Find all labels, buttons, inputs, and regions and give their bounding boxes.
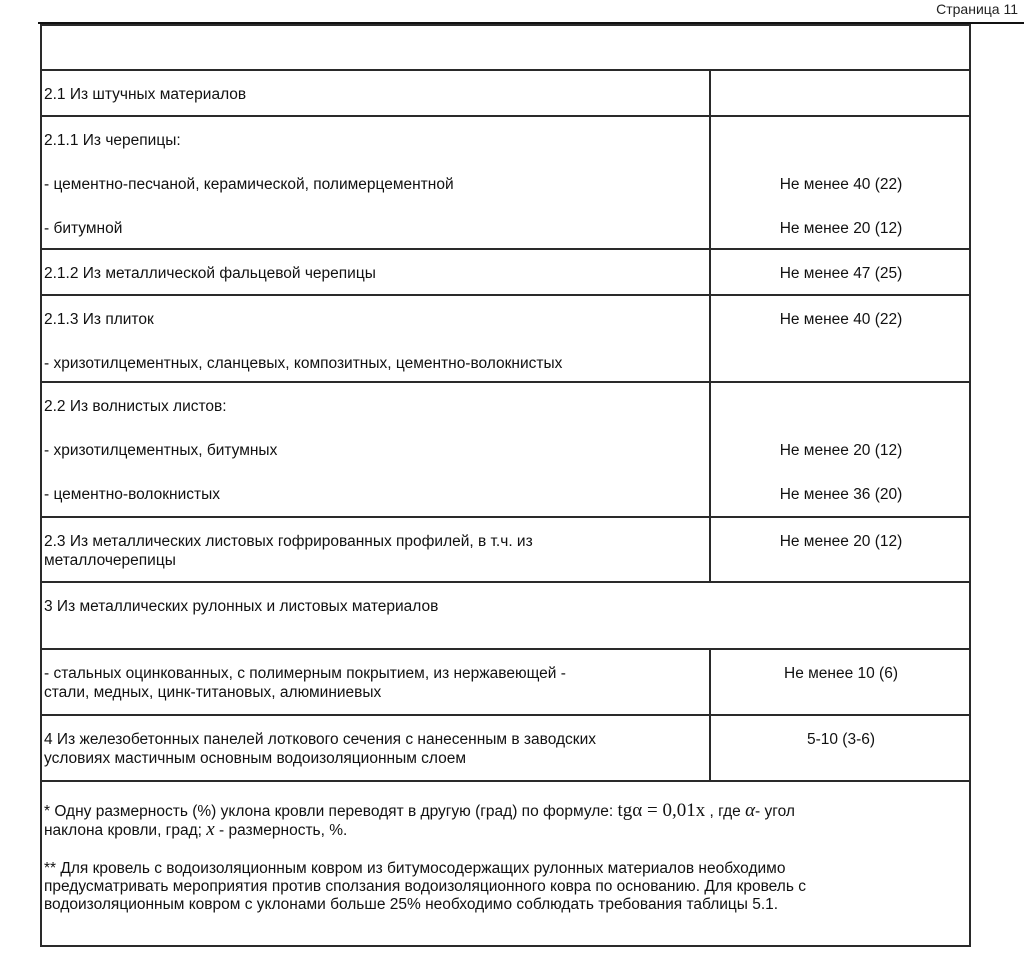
row-text: - битумной [44, 219, 709, 238]
alpha-symbol: α [745, 800, 755, 821]
footnote-2: ** Для кровель с водоизоляционным ковром… [44, 860, 969, 914]
footnote-1: * Одну размерность (%) уклона кровли пер… [44, 802, 969, 840]
notes-cell: * Одну размерность (%) уклона кровли пер… [41, 781, 970, 946]
material-cell: 2.1.2 Из металлической фальцевой черепиц… [41, 249, 710, 295]
table-row: 2.3 Из металлических листовых гофрирован… [41, 517, 970, 582]
table-row: 2.1.3 Из плиток - хризотилцементных, сла… [41, 295, 970, 382]
material-cell: 2.1.1 Из черепицы: - цементно-песчаной, … [41, 116, 710, 249]
row-text: - хризотилцементных, сланцевых, композит… [44, 354, 709, 373]
material-cell: 4 Из железобетонных панелей лоткового се… [41, 715, 710, 781]
slope-value: Не менее 20 (12) [713, 532, 969, 551]
roof-slope-table: 2.1 Из штучных материалов 2.1.1 Из череп… [40, 24, 971, 947]
table-row: - стальных оцинкованных, с полимерным по… [41, 649, 970, 715]
table-row: 2.1.2 Из металлической фальцевой черепиц… [41, 249, 970, 295]
slope-value: Не менее 36 (20) [713, 485, 969, 504]
material-cell: 3 Из металлических рулонных и листовых м… [41, 582, 970, 649]
slope-value: Не менее 47 (25) [713, 264, 969, 283]
slope-value: Не менее 20 (12) [713, 441, 969, 460]
row-text: 2.1 Из штучных материалов [44, 85, 709, 104]
row-text: 2.1.3 Из плиток [44, 310, 709, 329]
material-cell: - стальных оцинкованных, с полимерным по… [41, 649, 710, 715]
table-row: 2.1 Из штучных материалов [41, 70, 970, 116]
slope-value: Не менее 40 (22) [713, 310, 969, 329]
notes-row: * Одну размерность (%) уклона кровли пер… [41, 781, 970, 946]
row-text: 3 Из металлических рулонных и листовых м… [44, 597, 969, 616]
row-text: условиях мастичным основным водоизоляцио… [44, 749, 709, 768]
row-text: 2.2 Из волнистых листов: [44, 397, 709, 416]
material-cell: 2.1 Из штучных материалов [41, 70, 710, 116]
slope-cell: 5-10 (3-6) [710, 715, 970, 781]
page-number: Страница 11 [936, 1, 1018, 17]
material-cell: 2.2 Из волнистых листов: - хризотилцемен… [41, 382, 710, 517]
row-text: - цементно-песчаной, керамической, полим… [44, 175, 709, 194]
formula: tgα = 0,01x [618, 800, 706, 821]
slope-cell [710, 70, 970, 116]
table-row: 2.1.1 Из черепицы: - цементно-песчаной, … [41, 116, 970, 249]
row-text: 2.1.2 Из металлической фальцевой черепиц… [44, 264, 709, 283]
slope-value: Не менее 20 (12) [713, 219, 969, 238]
row-text: - хризотилцементных, битумных [44, 441, 709, 460]
row-text: 4 Из железобетонных панелей лоткового се… [44, 730, 709, 749]
material-cell: 2.1.3 Из плиток - хризотилцементных, сла… [41, 295, 710, 382]
row-text: стали, медных, цинк-титановых, алюминиев… [44, 683, 709, 702]
row-text: 2.1.1 Из черепицы: [44, 131, 709, 150]
table-row: 3 Из металлических рулонных и листовых м… [41, 582, 970, 649]
row-text: металлочерепицы [44, 551, 709, 570]
row-text: - стальных оцинкованных, с полимерным по… [44, 664, 709, 683]
slope-cell: Не менее 20 (12) [710, 517, 970, 582]
slope-cell: Не менее 40 (22) Не менее 20 (12) [710, 116, 970, 249]
slope-cell: Не менее 40 (22) [710, 295, 970, 382]
empty-header-cell [41, 25, 970, 70]
slope-value: Не менее 10 (6) [713, 664, 969, 683]
slope-value: Не менее 40 (22) [713, 175, 969, 194]
slope-cell: Не менее 20 (12) Не менее 36 (20) [710, 382, 970, 517]
x-symbol: x [206, 819, 214, 840]
table-row: 2.2 Из волнистых листов: - хризотилцемен… [41, 382, 970, 517]
slope-cell: Не менее 10 (6) [710, 649, 970, 715]
table-header-row [41, 25, 970, 70]
row-text: 2.3 Из металлических листовых гофрирован… [44, 532, 709, 551]
slope-cell: Не менее 47 (25) [710, 249, 970, 295]
slope-value: 5-10 (3-6) [713, 730, 969, 749]
material-cell: 2.3 Из металлических листовых гофрирован… [41, 517, 710, 582]
row-text: - цементно-волокнистых [44, 485, 709, 504]
table-row: 4 Из железобетонных панелей лоткового се… [41, 715, 970, 781]
